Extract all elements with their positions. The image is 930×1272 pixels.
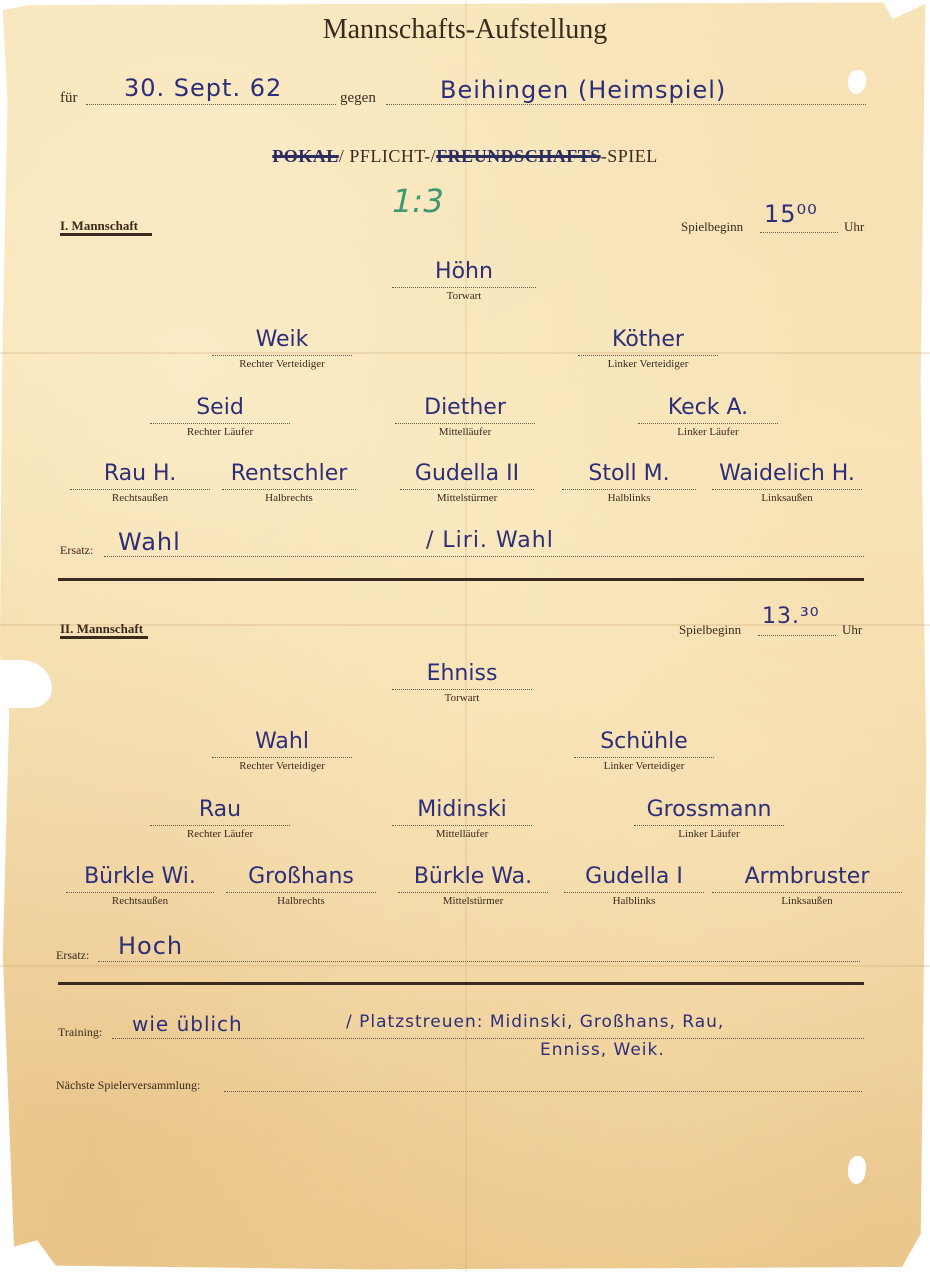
opponent: Beihingen (Heimspiel): [440, 76, 726, 104]
section-divider: [58, 982, 864, 985]
team1-outside-left: Waidelich H.Linksaußen: [712, 460, 862, 504]
team2-header-underline: [60, 636, 148, 639]
team1-header: I. Mannschaft: [60, 218, 138, 234]
team2-kickoff-unit: Uhr: [842, 622, 862, 638]
meeting-line: [224, 1091, 862, 1092]
team2-left-defender: SchühleLinker Verteidiger: [574, 728, 714, 772]
training-label: Training:: [58, 1025, 102, 1040]
team1-ersatz: Wahl: [118, 528, 181, 556]
team2-outside-right: Bürkle Wi.Rechtsaußen: [66, 863, 214, 907]
team1-inside-right: RentschlerHalbrechts: [222, 460, 356, 504]
training-line: [112, 1038, 864, 1039]
training-value: wie üblich: [132, 1012, 243, 1036]
team1-kickoff-label: Spielbeginn: [681, 219, 743, 235]
team1-kickoff-unit: Uhr: [844, 219, 864, 235]
meeting-label: Nächste Spielerversammlung:: [56, 1078, 200, 1093]
team2-right-half: RauRechter Läufer: [150, 796, 290, 840]
match-type-freundschaft-crossed: FREUNDSCHAFTS: [436, 146, 601, 166]
fold-line: [465, 0, 467, 1272]
final-score: 1:3: [388, 182, 448, 220]
team1-goalkeeper: HöhnTorwart: [392, 258, 536, 302]
team1-header-underline: [60, 233, 152, 236]
team2-ersatz: Hoch: [118, 932, 183, 960]
team1-inside-left: Stoll M.Halblinks: [562, 460, 696, 504]
team2-right-defender: WahlRechter Verteidiger: [212, 728, 352, 772]
date-line: [86, 104, 336, 105]
match-type: POKAL/ PFLICHT-/FREUNDSCHAFTS-SPIEL: [0, 146, 930, 167]
fuer-label: für: [60, 90, 78, 107]
team1-ersatz-extra: / Liri. Wahl: [426, 528, 554, 553]
team2-header: II. Mannschaft: [60, 621, 143, 637]
team2-kickoff-line: [758, 635, 836, 636]
team1-centre-forward: Gudella IIMittelstürmer: [400, 460, 534, 504]
match-type-pflicht: PFLICHT-: [349, 146, 430, 166]
team1-left-half: Keck A.Linker Läufer: [638, 394, 778, 438]
team2-inside-right: GroßhansHalbrechts: [226, 863, 376, 907]
platz-streuen-line2: Enniss, Weik.: [540, 1040, 665, 1060]
team1-outside-right: Rau H.Rechtsaußen: [70, 460, 210, 504]
gegen-label: gegen: [340, 90, 376, 107]
team2-kickoff-time: 13.³⁰: [762, 604, 820, 629]
team2-centre-forward: Bürkle Wa.Mittelstürmer: [398, 863, 548, 907]
team2-inside-left: Gudella IHalblinks: [564, 863, 704, 907]
platz-streuen-line1: / Platzstreuen: Midinski, Großhans, Rau,: [346, 1012, 724, 1032]
team2-ersatz-label: Ersatz:: [56, 948, 89, 963]
team1-left-defender: KötherLinker Verteidiger: [578, 326, 718, 370]
team1-right-half: SeidRechter Läufer: [150, 394, 290, 438]
form-title: Mannschafts-Aufstellung: [0, 14, 930, 46]
match-date: 30. Sept. 62: [124, 74, 282, 102]
team1-kickoff-time: 15⁰⁰: [764, 200, 818, 228]
team2-ersatz-line: [98, 961, 860, 962]
team2-goalkeeper: EhnissTorwart: [392, 660, 532, 704]
opponent-line: [386, 104, 866, 105]
team1-right-defender: WeikRechter Verteidiger: [212, 326, 352, 370]
section-divider: [58, 578, 864, 581]
team2-outside-left: ArmbrusterLinksaußen: [712, 863, 902, 907]
team1-kickoff-line: [760, 232, 838, 233]
team2-centre-half: MidinskiMittelläufer: [392, 796, 532, 840]
team1-ersatz-line: [104, 556, 864, 557]
team1-centre-half: DietherMittelläufer: [395, 394, 535, 438]
team2-left-half: GrossmannLinker Läufer: [634, 796, 784, 840]
team1-ersatz-label: Ersatz:: [60, 543, 93, 558]
match-type-pokal-crossed: POKAL: [272, 146, 339, 166]
team2-kickoff-label: Spielbeginn: [679, 622, 741, 638]
